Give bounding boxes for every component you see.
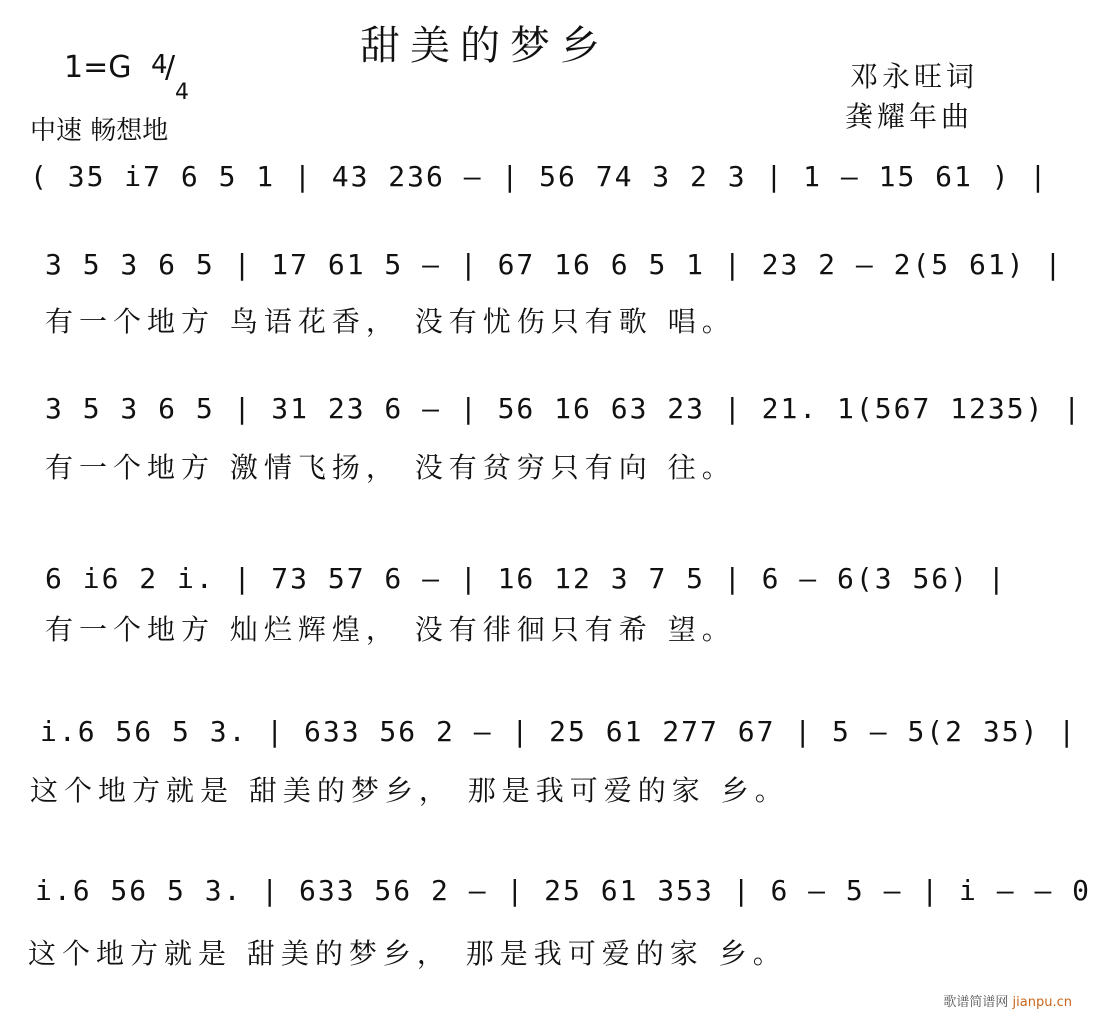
lyrics-line: 有一个地方 激情飞扬， 没有贫穷只有向 往。	[45, 446, 736, 486]
key-signature: 1=G 4 / 4	[64, 50, 191, 90]
key-label: 1=G	[64, 50, 131, 85]
composer-credit: 龚耀年曲	[845, 95, 973, 135]
notation-line: i.6 56 5 3. | 633 56 2 — | 25 61 277 67 …	[40, 715, 1077, 748]
time-signature: 4 / 4	[151, 50, 191, 90]
time-slash: /	[165, 50, 175, 85]
tempo-marking: 中速 畅想地	[30, 110, 168, 147]
lyricist-credit: 邓永旺词	[850, 55, 978, 95]
notation-line: 3 5 3 6 5 | 31 23 6 — | 56 16 63 23 | 21…	[45, 392, 1082, 425]
notation-line: ( 35 i7 6 5 1 | 43 236 — | 56 74 3 2 3 |…	[30, 160, 1048, 193]
watermark: 歌谱简谱网 jianpu.cn	[943, 991, 1072, 1010]
lyrics-line: 这个地方就是 甜美的梦乡， 那是我可爱的家 乡。	[28, 932, 787, 972]
time-denominator: 4	[175, 80, 189, 105]
lyrics-line: 有一个地方 鸟语花香， 没有忧伤只有歌 唱。	[45, 300, 736, 340]
notation-line: 6 i6 2 i. | 73 57 6 — | 16 12 3 7 5 | 6 …	[45, 562, 1007, 595]
lyrics-line: 有一个地方 灿烂辉煌， 没有徘徊只有希 望。	[45, 608, 736, 648]
song-title: 甜美的梦乡	[360, 14, 610, 71]
watermark-site-name: 歌谱简谱网	[943, 995, 1008, 1010]
lyrics-line: 这个地方就是 甜美的梦乡， 那是我可爱的家 乡。	[30, 769, 789, 809]
watermark-url: jianpu.cn	[1013, 995, 1072, 1010]
notation-line: i.6 56 5 3. | 633 56 2 — | 25 61 353 | 6…	[35, 874, 1100, 907]
notation-line: 3 5 3 6 5 | 17 61 5 — | 67 16 6 5 1 | 23…	[45, 248, 1063, 281]
